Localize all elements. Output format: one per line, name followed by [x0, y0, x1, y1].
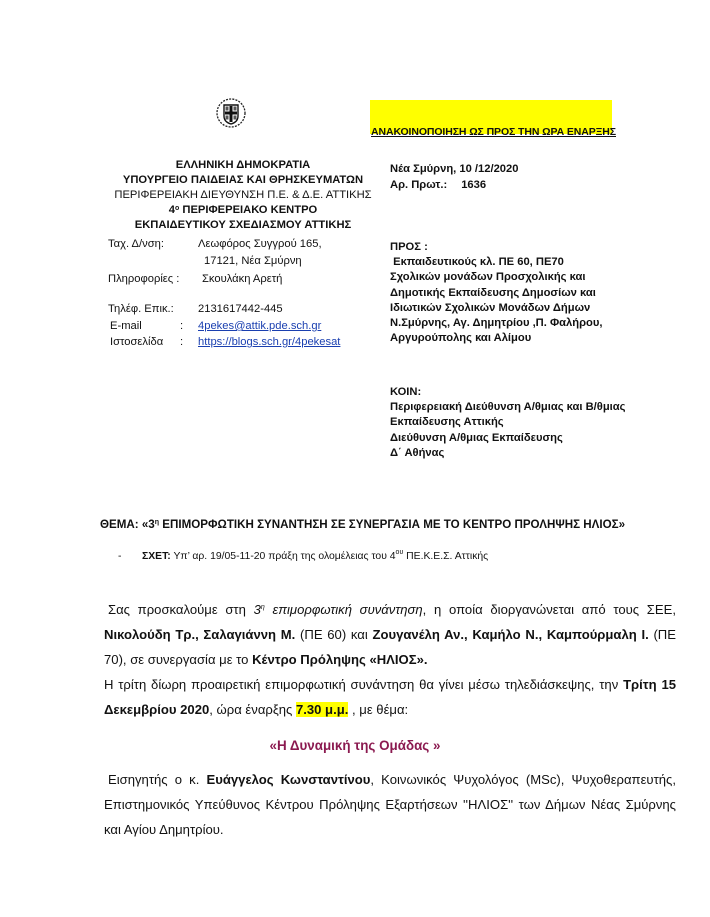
protocol-label: Αρ. Πρωτ.: — [390, 179, 447, 191]
date-protocol-block: Νέα Σμύρνη, 10 /12/2020 Αρ. Πρωτ.:1636 — [390, 161, 518, 193]
contact-block: Ταχ. Δ/νση: Λεωφόρος Συγγρού 165, 17121,… — [0, 0, 400, 360]
reference-bullet: - — [118, 551, 142, 562]
text-italic: 3 — [254, 602, 261, 617]
cc-line: Περιφερειακή Διεύθυνση Α/θμιας και Β/θμι… — [390, 400, 625, 415]
protocol-row: Αρ. Πρωτ.:1636 — [390, 177, 518, 193]
website-label: Ιστοσελίδα — [110, 336, 163, 348]
protocol-number: 1636 — [461, 179, 486, 191]
speaker-paragraph: Εισηγητής ο κ. Ευάγγελος Κωνσταντίνου, Κ… — [104, 767, 676, 842]
address-line-2: 17121, Νέα Σμύρνη — [204, 255, 302, 267]
text: , με θέμα: — [348, 702, 408, 717]
subject-line: ΘΕΜΑ: «3η ΕΠΙΜΟΡΦΩΤΙΚΗ ΣΥΝΑΝΤΗΣΗ ΣΕ ΣΥΝΕ… — [100, 516, 680, 533]
phone-label: Τηλέφ. Επικ.: — [108, 303, 174, 315]
announcement-title: ΑΝΑΚΟΙΝΟΠΟΙΗΣΗ ΩΣ ΠΡΟΣ ΤΗΝ ΩΡΑ ΕΝΑΡΞΗΣ — [371, 126, 616, 138]
subject-ordinal: η — [155, 519, 159, 526]
place-date: Νέα Σμύρνη, 10 /12/2020 — [390, 161, 518, 177]
cc-block: ΚΟΙΝ: Περιφερειακή Διεύθυνση Α/θμιας και… — [390, 385, 625, 461]
address-label: Ταχ. Δ/νση: — [108, 238, 164, 250]
recipients-label: ΠΡΟΣ : — [390, 240, 602, 255]
cc-label: ΚΟΙΝ: — [390, 385, 625, 400]
recipient-line: Ν.Σμύρνης, Αγ. Δημητρίου ,Π. Φαλήρου, — [390, 316, 602, 331]
text: (ΠΕ 60) και — [295, 627, 372, 642]
text: Η τρίτη δίωρη προαιρετική επιμορφωτική σ… — [104, 677, 623, 692]
event-time-highlight: 7.30 μ.μ. — [296, 702, 348, 717]
ordinal: η — [261, 604, 265, 611]
reference-line: -ΣΧΕΤ: Υπ’ αρ. 19/05-11-20 πράξη της ολο… — [118, 551, 488, 562]
cc-line: Δ΄ Αθήνας — [390, 446, 625, 461]
cc-line: Εκπαίδευσης Αττικής — [390, 415, 625, 430]
website-link[interactable]: https://blogs.sch.gr/4pekesat — [198, 336, 340, 348]
organizers-pe70: Ζουγανέλη Αν., Καμήλο Ν., Καμπούρμαλη Ι. — [372, 627, 648, 642]
text-italic: επιμορφωτική συνάντηση — [265, 602, 423, 617]
text: Σας προσκαλούμε στη — [108, 602, 254, 617]
info-label: Πληροφορίες : — [108, 273, 179, 285]
email-label: E-mail — [110, 320, 142, 332]
address-line-1: Λεωφόρος Συγγρού 165, — [198, 238, 322, 250]
partner-center: Κέντρο Πρόληψης «ΗΛΙΟΣ». — [252, 652, 427, 667]
text: , ώρα έναρξης — [209, 702, 296, 717]
recipients-block: ΠΡΟΣ : Εκπαιδευτικούς κλ. ΠΕ 60, ΠΕ70 Σχ… — [390, 240, 602, 346]
theme-title: «Η Δυναμική της Ομάδας » — [0, 738, 710, 753]
reference-text: Υπ’ αρ. 19/05-11-20 πράξη της ολομέλειας… — [171, 551, 396, 562]
reference-ordinal: ου — [396, 549, 404, 556]
email-separator: : — [180, 320, 183, 332]
email-link[interactable]: 4pekes@attik.pde.sch.gr — [198, 320, 321, 332]
reference-text-end: ΠΕ.Κ.Ε.Σ. Αττικής — [403, 551, 488, 562]
subject-prefix: ΘΕΜΑ: «3 — [100, 518, 155, 531]
info-value: Σκουλάκη Αρετή — [202, 273, 282, 285]
invitation-paragraph: Σας προσκαλούμε στη 3η επιμορφωτική συνά… — [104, 597, 676, 672]
text: Εισηγητής ο κ. — [108, 772, 206, 787]
reference-label: ΣΧΕΤ: — [142, 551, 171, 562]
recipient-line: Δημοτικής Εκπαίδευσης Δημοσίων και — [390, 286, 602, 301]
text: , η οποία διοργανώνεται από τους ΣΕΕ, — [423, 602, 676, 617]
recipient-line: Εκπαιδευτικούς κλ. ΠΕ 60, ΠΕ70 — [390, 255, 602, 270]
recipient-line: Αργυρούπολης και Αλίμου — [390, 331, 602, 346]
recipient-line: Ιδιωτικών Σχολικών Μονάδων Δήμων — [390, 301, 602, 316]
speaker-name: Ευάγγελος Κωνσταντίνου — [206, 772, 370, 787]
phone-value: 2131617442-445 — [198, 303, 283, 315]
schedule-paragraph: Η τρίτη δίωρη προαιρετική επιμορφωτική σ… — [104, 672, 676, 722]
organizers-pe60: Νικολούδη Τρ., Σαλαγιάννη Μ. — [104, 627, 295, 642]
recipient-line: Σχολικών μονάδων Προσχολικής και — [390, 270, 602, 285]
website-separator: : — [180, 336, 183, 348]
subject-text: ΕΠΙΜΟΡΦΩΤΙΚΗ ΣΥΝΑΝΤΗΣΗ ΣΕ ΣΥΝΕΡΓΑΣΙΑ ΜΕ … — [159, 518, 625, 531]
cc-line: Διεύθυνση Α/θμιας Εκπαίδευσης — [390, 431, 625, 446]
